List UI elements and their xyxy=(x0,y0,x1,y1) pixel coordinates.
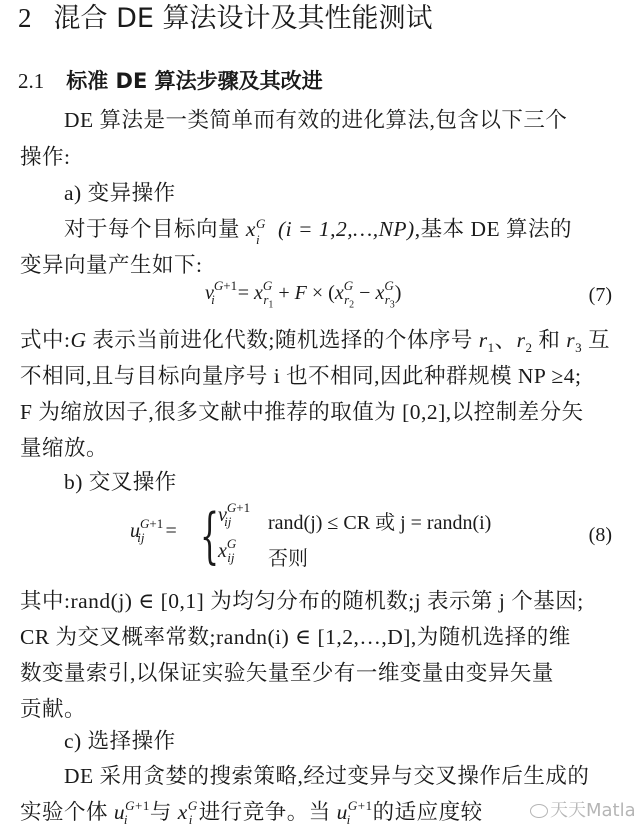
equation-7: vG+1i = xGr1 + F × (xGr2 − xGr3) (7) xyxy=(0,282,634,318)
equation-8-case-2-condition: 否则 xyxy=(268,542,308,571)
equation-8-case-1-value: vG+1ij xyxy=(218,504,231,527)
where-line-4: 量缩放。 xyxy=(20,433,616,463)
subsection-title: 标准 DE 算法步骤及其改进 xyxy=(66,69,322,93)
wechat-icon xyxy=(530,804,548,818)
equation-8-case-1-condition: rand(j) ≤ CR 或 j = randn(i) xyxy=(268,506,491,535)
where-line-2: 不相同,且与目标向量序号 i 也不相同,因此种群规模 NP ≥4; xyxy=(20,361,616,391)
b-where-line-2: CR 为交叉概率常数;randn(i) ∈ [1,2,…,D],为随机选择的维 xyxy=(20,622,616,652)
equation-8-number: (8) xyxy=(589,524,612,547)
step-c-heading: c) 选择操作 xyxy=(64,726,616,756)
step-b-heading: b) 交叉操作 xyxy=(64,467,616,497)
step-c-line-2: 实验个体 uG+1i 与 xGi 进行竞争。当 uG+1i 的适应度较 xyxy=(20,797,616,827)
section-number: 2 xyxy=(18,3,32,33)
where-line-1: 式中:G 表示当前进化代数;随机选择的个体序号 r1、r2 和 r3 互 xyxy=(20,325,616,355)
step-a-line-1: 对于每个目标向量 xGi(i = 1,2,…,NP),基本 DE 算法的 xyxy=(64,214,616,244)
equation-8-case-2-value: xGij xyxy=(218,540,235,563)
b-where-line-4: 贡献。 xyxy=(20,694,616,724)
equation-8: uG+1ij = { vG+1ij rand(j) ≤ CR 或 j = ran… xyxy=(0,502,634,574)
subsection-number: 2.1 xyxy=(18,69,44,93)
section-heading: 2混合 DE 算法设计及其性能测试 xyxy=(18,0,433,37)
watermark: 天天Matlab xyxy=(530,796,634,822)
brace-icon: { xyxy=(200,506,219,566)
equation-7-body: vG+1i = xGr1 + F × (xGr2 − xGr3) xyxy=(205,282,401,306)
step-a-heading: a) 变异操作 xyxy=(64,178,616,208)
intro-line-1: DE 算法是一类简单而有效的进化算法,包含以下三个 xyxy=(64,105,616,135)
b-where-line-1: 其中:rand(j) ∈ [0,1] 为均匀分布的随机数;j 表示第 j 个基因… xyxy=(20,586,616,616)
subsection-heading: 2.1标准 DE 算法步骤及其改进 xyxy=(18,66,323,96)
step-a-line-2: 变异向量产生如下: xyxy=(20,250,616,280)
equation-7-number: (7) xyxy=(589,284,612,307)
section-title: 混合 DE 算法设计及其性能测试 xyxy=(54,3,433,34)
b-where-line-3: 数变量索引,以保证实验矢量至少有一维变量由变异矢量 xyxy=(20,658,616,688)
step-c-line-1: DE 采用贪婪的搜索策略,经过变异与交叉操作后生成的 xyxy=(64,761,616,791)
intro-line-2: 操作: xyxy=(20,142,616,172)
where-line-3: F 为缩放因子,很多文献中推荐的取值为 [0,2],以控制差分矢 xyxy=(20,397,616,427)
equation-8-lhs: uG+1ij = xyxy=(130,520,177,543)
math-x-i-G: xGi xyxy=(246,217,278,241)
